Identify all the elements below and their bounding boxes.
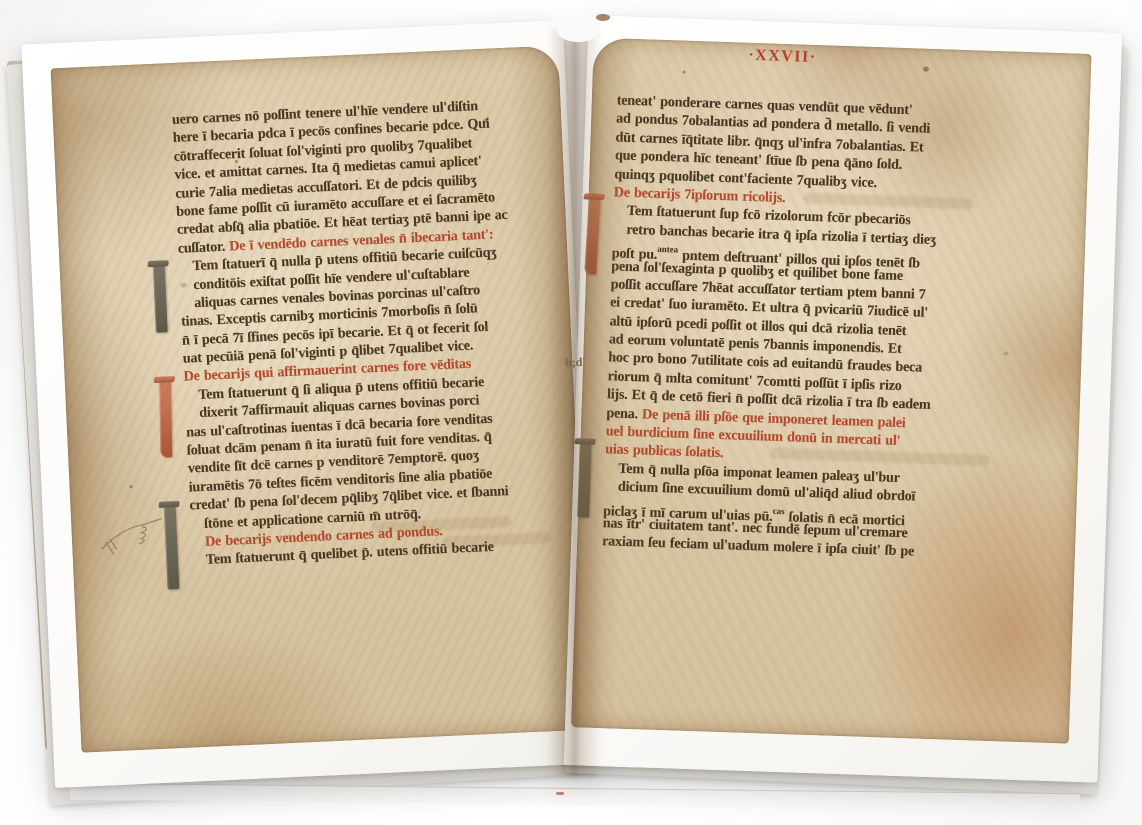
facsimile-book: uero carnes nō poſſint tenere ul'hīe ven… xyxy=(0,0,1142,825)
illuminated-initial-I xyxy=(153,260,168,332)
spine-notch xyxy=(556,16,600,42)
right-sheet: ·XXVII· b;d' teneat' ponderare carnes qu… xyxy=(564,15,1123,782)
interlinear-gloss: cas xyxy=(773,505,785,515)
left-sheet: uero carnes nō poſſint tenere ul'hīe ven… xyxy=(21,20,596,788)
left-parchment: uero carnes nō poſſint tenere ul'hīe ven… xyxy=(51,45,590,752)
parchment-speck xyxy=(129,485,132,488)
parchment-speck xyxy=(683,71,686,74)
illuminated-initial-I xyxy=(164,501,180,590)
body-text: pena. xyxy=(606,405,642,422)
rubric-text: uias publicas ſolatis. xyxy=(605,442,724,462)
right-text-block: teneat' ponderare carnes quas vendūt que… xyxy=(602,91,1023,564)
illuminated-initial-I xyxy=(577,438,591,517)
folio-number: ·XXVII· xyxy=(748,47,817,67)
photo-background: uero carnes nō poſſint tenere ul'hīe ven… xyxy=(0,0,1142,825)
right-parchment: ·XXVII· b;d' teneat' ponderare carnes qu… xyxy=(571,38,1092,744)
body-text: cuſſator. xyxy=(177,238,229,256)
left-text-block: uero carnes nō poſſint tenere ul'hīe ven… xyxy=(172,93,588,570)
bottom-edge-red-mark xyxy=(556,792,564,795)
illuminated-initial-I xyxy=(159,376,172,458)
parchment-stain xyxy=(923,66,929,71)
illuminated-initial-I xyxy=(584,193,601,274)
binding-mark xyxy=(596,14,610,21)
gutter-note: b;d' xyxy=(565,355,586,371)
interlinear-gloss: antea xyxy=(657,244,678,255)
